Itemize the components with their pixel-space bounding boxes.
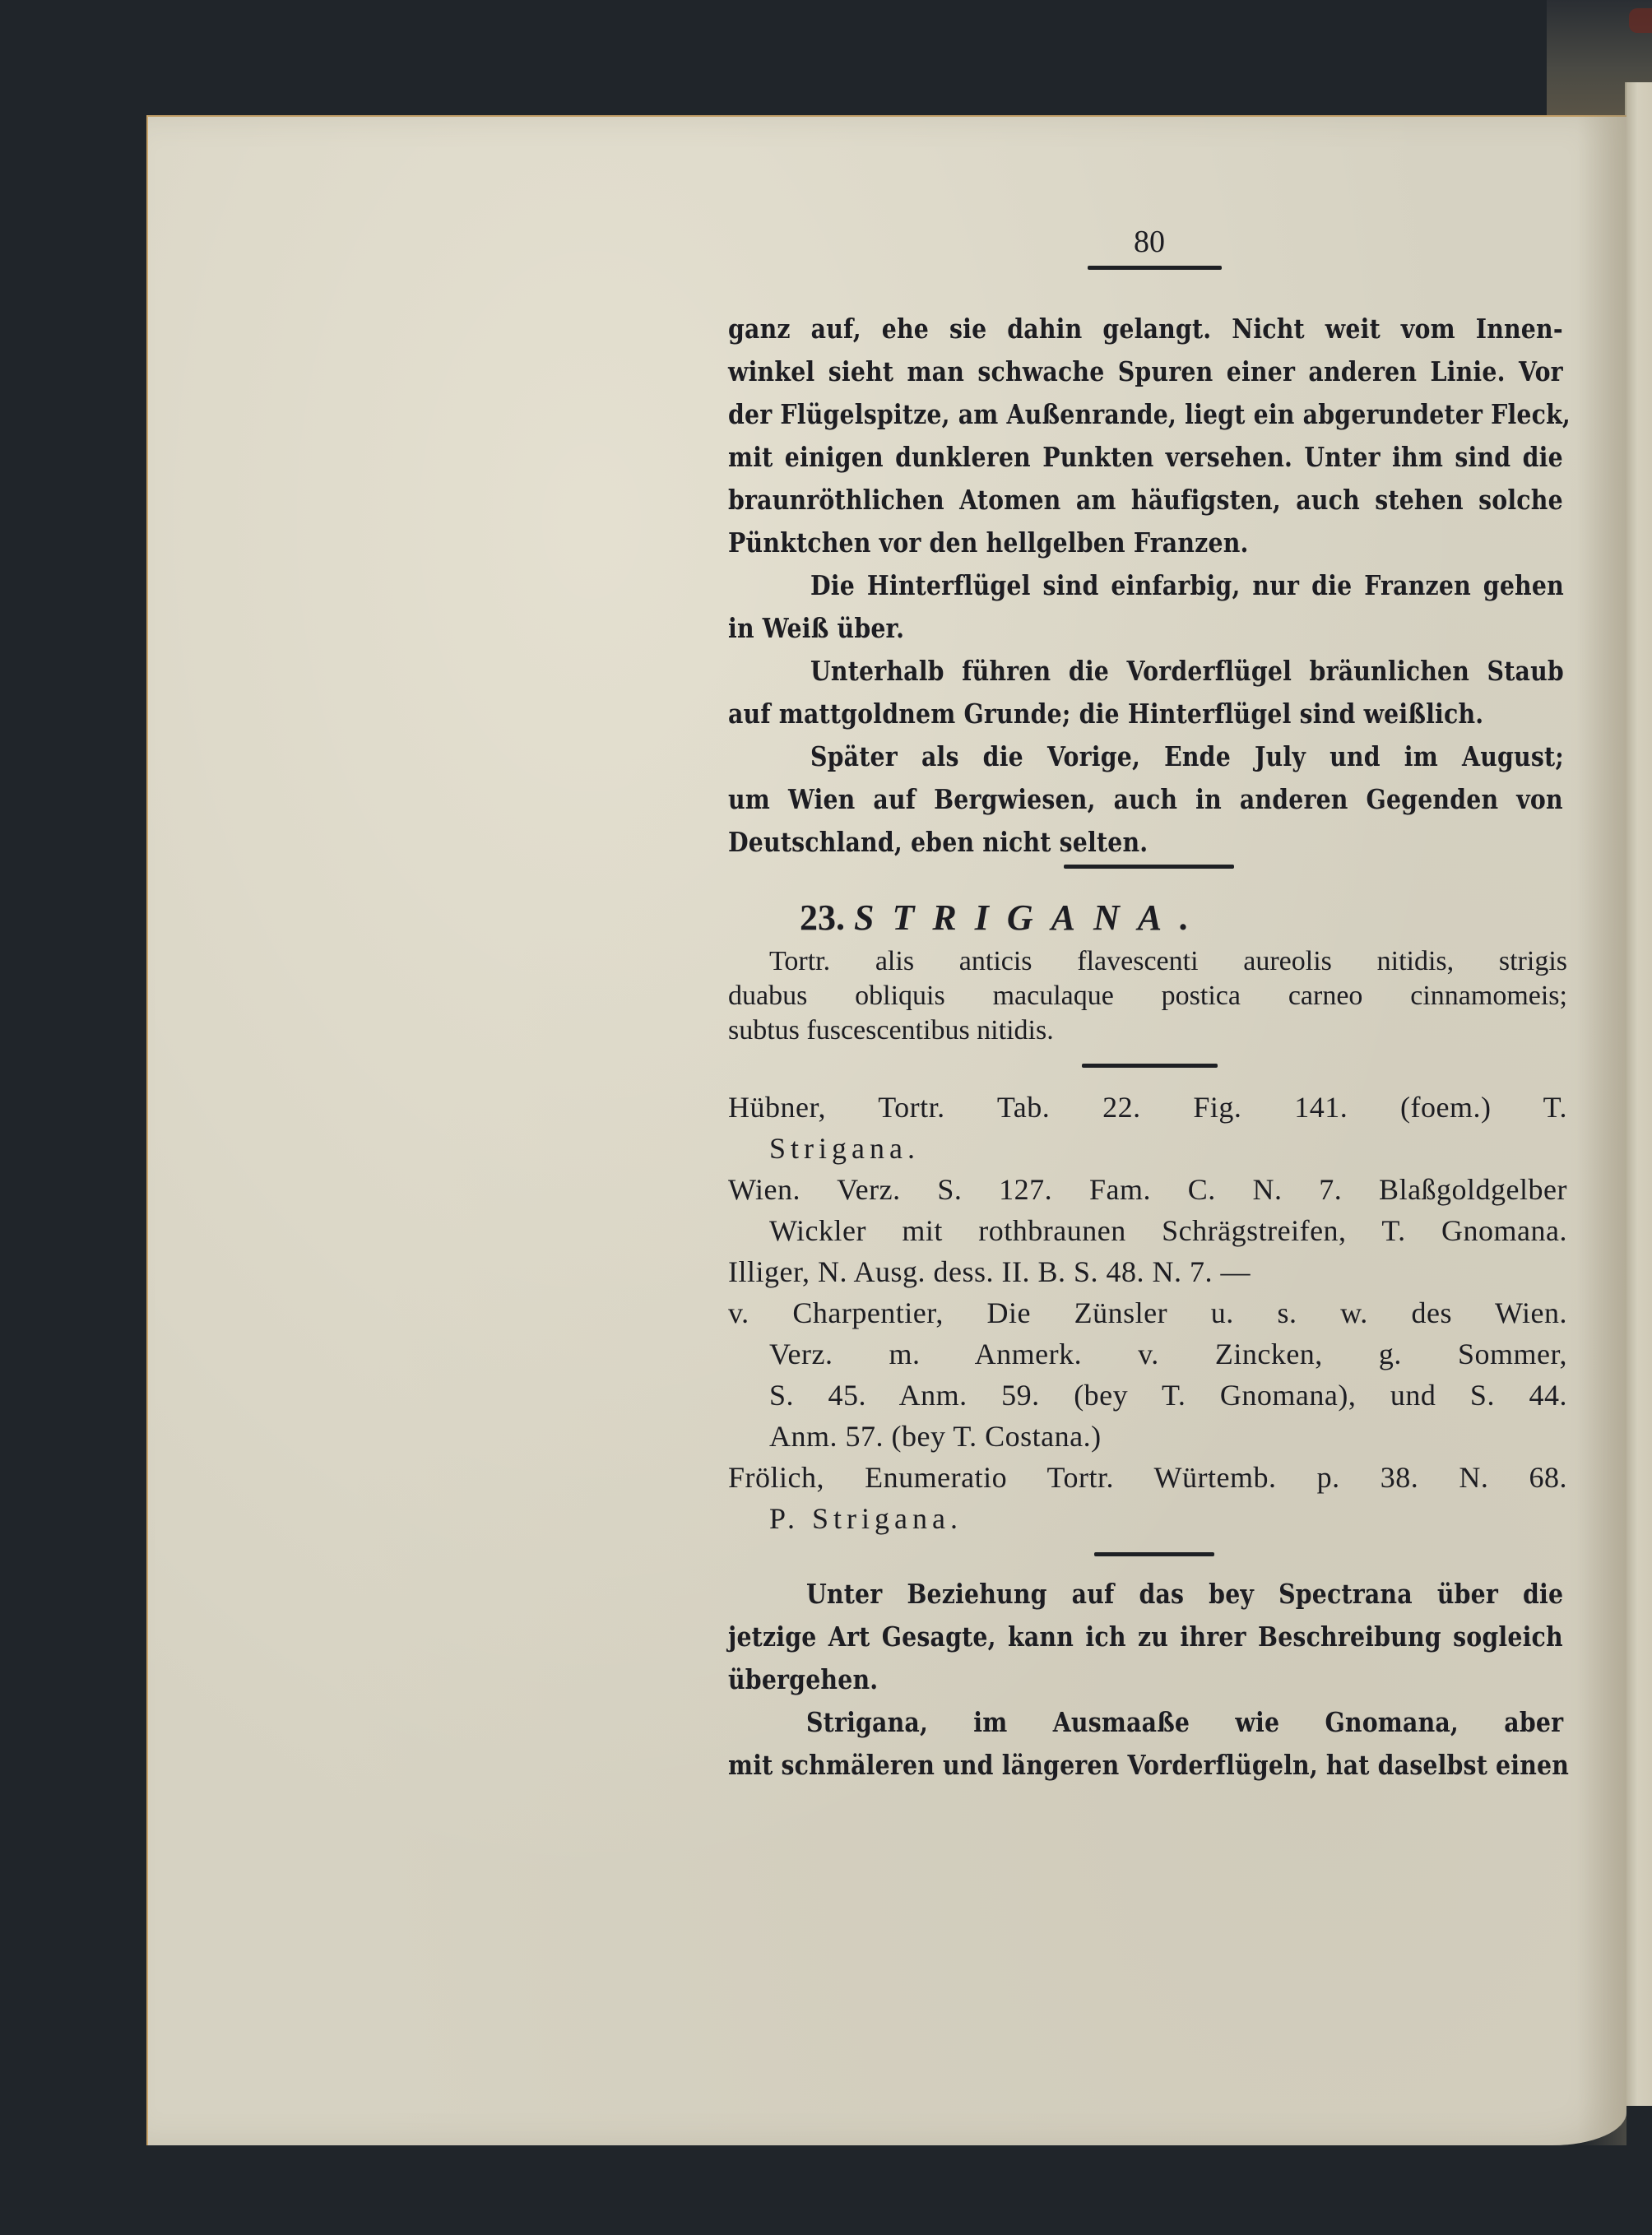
diagnosis-line: Tortr. alis anticis flavescenti aureolis… bbox=[769, 946, 1567, 977]
reference-line: Strigana. bbox=[769, 1131, 920, 1166]
reference-line: Frölich, Enumeratio Tortr. Würtemb. p. 3… bbox=[728, 1460, 1567, 1495]
text-line: mit einigen dunkleren Punkten versehen. … bbox=[728, 441, 1563, 473]
text-line: winkel sieht man schwache Spuren einer a… bbox=[728, 355, 1563, 387]
diagnosis-line: subtus fuscescentibus nitidis. bbox=[728, 1015, 1054, 1046]
reference-line: Verz. m. Anmerk. v. Zincken, g. Sommer, bbox=[769, 1337, 1567, 1371]
text-line: der Flügelspitze, am Außenrande, liegt e… bbox=[728, 398, 1563, 430]
text-line: Pünktchen vor den hellgelben Franzen. bbox=[728, 526, 1249, 559]
section-rule bbox=[1082, 1064, 1218, 1068]
text-line: übergehen. bbox=[728, 1663, 878, 1695]
adjacent-book-edge bbox=[1629, 8, 1652, 33]
text-line: braunröthlichen Atomen am häufigsten, au… bbox=[728, 484, 1563, 516]
reference-line: Illiger, N. Ausg. dess. II. B. S. 48. N.… bbox=[728, 1254, 1251, 1289]
reference-line: Hübner, Tortr. Tab. 22. Fig. 141. (foem.… bbox=[728, 1090, 1567, 1124]
reference-line: P. Strigana. bbox=[769, 1501, 963, 1536]
text-line: Strigana, im Ausmaaße wie Gnomana, aber bbox=[806, 1706, 1563, 1738]
reference-line: Wien. Verz. S. 127. Fam. C. N. 7. Blaßgo… bbox=[728, 1172, 1567, 1207]
reference-line: S. 45. Anm. 59. (bey T. Gnomana), und S.… bbox=[769, 1378, 1567, 1412]
species-heading: 23. STRIGANA. bbox=[800, 897, 1207, 939]
header-rule bbox=[1088, 266, 1222, 270]
text-line: Unter Beziehung auf das bey Spectrana üb… bbox=[806, 1578, 1563, 1610]
text-line: Die Hinterflügel sind einfarbig, nur die… bbox=[810, 569, 1564, 601]
reference-line: v. Charpentier, Die Zünsler u. s. w. des… bbox=[728, 1296, 1567, 1330]
text-line: Deutschland, eben nicht selten. bbox=[728, 826, 1148, 858]
species-number: 23. bbox=[800, 897, 845, 938]
page-number: 80 bbox=[1134, 224, 1165, 260]
gutter-shadow bbox=[1577, 115, 1626, 2145]
diagnosis-line: duabus obliquis maculaque postica carneo… bbox=[728, 981, 1567, 1012]
text-line: Später als die Vorige, Ende July und im … bbox=[810, 740, 1564, 772]
section-rule bbox=[1064, 865, 1234, 869]
section-rule bbox=[1094, 1552, 1214, 1556]
text-line: jetzige Art Gesagte, kann ich zu ihrer B… bbox=[728, 1621, 1563, 1653]
next-page-edge bbox=[1625, 82, 1652, 2106]
reference-line: Wickler mit rothbraunen Schrägstreifen, … bbox=[769, 1213, 1567, 1248]
text-line: um Wien auf Bergwiesen, auch in anderen … bbox=[728, 783, 1563, 815]
text-line: auf mattgoldnem Grunde; die Hinterflügel… bbox=[728, 698, 1483, 730]
text-line: mit schmäleren und längeren Vorderflügel… bbox=[728, 1749, 1563, 1781]
text-line: ganz auf, ehe sie dahin gelangt. Nicht w… bbox=[728, 313, 1563, 345]
reference-line: Anm. 57. (bey T. Costana.) bbox=[769, 1419, 1102, 1454]
text-line: in Weiß über. bbox=[728, 612, 904, 644]
text-line: Unterhalb führen die Vorderflügel bräunl… bbox=[810, 655, 1564, 687]
species-name: STRIGANA. bbox=[854, 897, 1207, 938]
